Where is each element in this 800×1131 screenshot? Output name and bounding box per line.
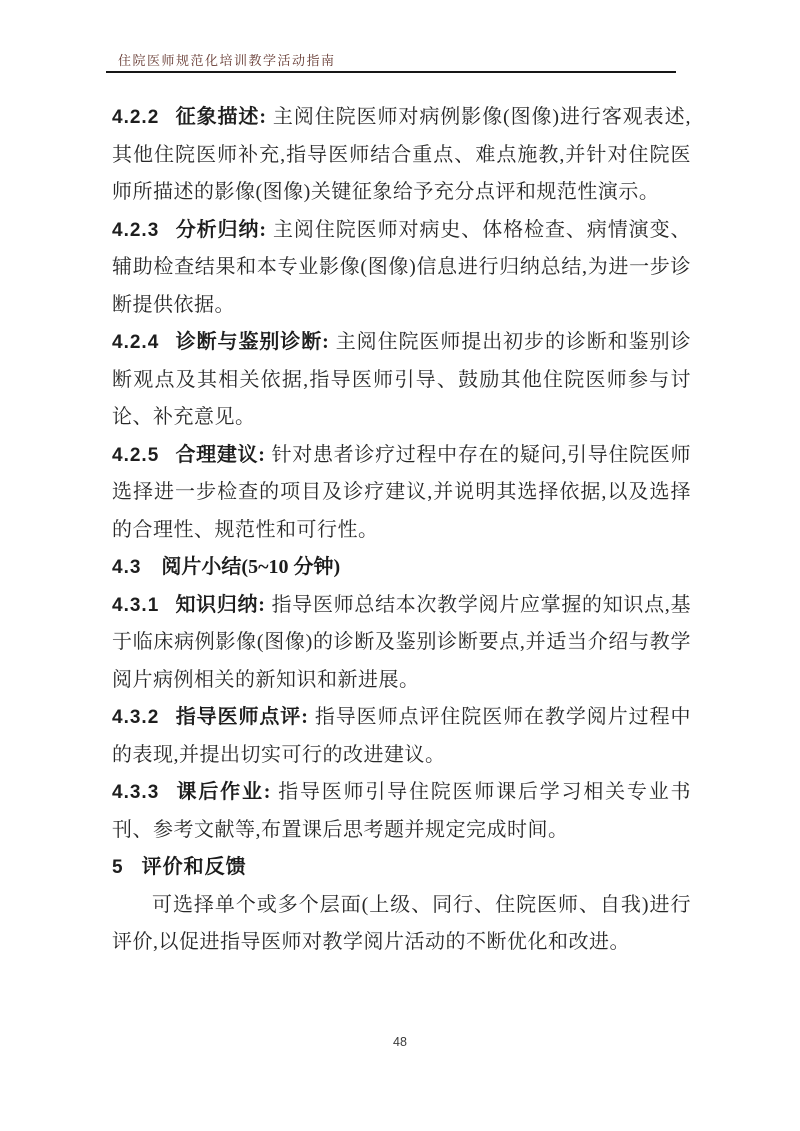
section-number: 4.3.2	[112, 707, 159, 728]
chapter-heading-5: 5评价和反馈	[112, 849, 691, 887]
section-number: 4.2.4	[112, 332, 159, 353]
body-paragraph: 可选择单个或多个层面(上级、同行、住院医师、自我)进行评价,以促进指导医师对教学…	[112, 887, 691, 962]
section-heading-4-3: 4.3阅片小结(5~10 分钟)	[112, 549, 691, 587]
header-rule	[106, 71, 676, 73]
section-paragraph-4-3-3: 4.3.3课后作业:指导医师引导住院医师课后学习相关专业书刊、参考文献等,布置课…	[112, 774, 691, 849]
section-paragraph-4-3-2: 4.3.2指导医师点评:指导医师点评住院医师在教学阅片过程中的表现,并提出切实可…	[112, 699, 691, 774]
section-label: 知识归纳:	[175, 594, 265, 616]
section-label: 分析归纳:	[175, 219, 266, 241]
section-number: 4.3.3	[112, 782, 159, 803]
chapter-number: 5	[112, 857, 124, 878]
page-number: 48	[0, 1035, 800, 1049]
section-number: 4.3.1	[112, 595, 159, 616]
section-paragraph-4-2-4: 4.2.4诊断与鉴别诊断:主阅住院医师提出初步的诊断和鉴别诊断观点及其相关依据,…	[112, 324, 691, 437]
section-label: 课后作业:	[175, 781, 271, 803]
section-label: 合理建议:	[175, 444, 265, 466]
section-number: 4.2.2	[112, 107, 159, 128]
section-label: 征象描述:	[175, 106, 266, 128]
page-content: 4.2.2征象描述:主阅住院医师对病例影像(图像)进行客观表述,其他住院医师补充…	[112, 99, 691, 962]
section-label: 指导医师点评:	[175, 706, 308, 728]
section-paragraph-4-2-2: 4.2.2征象描述:主阅住院医师对病例影像(图像)进行客观表述,其他住院医师补充…	[112, 99, 691, 212]
section-paragraph-4-2-3: 4.2.3分析归纳:主阅住院医师对病史、体格检查、病情演变、辅助检查结果和本专业…	[112, 212, 691, 325]
section-number: 4.2.5	[112, 445, 159, 466]
section-label: 诊断与鉴别诊断:	[175, 331, 329, 353]
body-paragraph-text: 可选择单个或多个层面(上级、同行、住院医师、自我)进行评价,以促进指导医师对教学…	[112, 894, 691, 954]
section-number: 4.3	[112, 557, 141, 578]
section-paragraph-4-2-5: 4.2.5合理建议:针对患者诊疗过程中存在的疑问,引导住院医师选择进一步检查的项…	[112, 437, 691, 550]
chapter-heading-text: 评价和反馈	[142, 856, 247, 878]
running-header-title: 住院医师规范化培训教学活动指南	[118, 50, 336, 69]
section-paragraph-4-3-1: 4.3.1知识归纳:指导医师总结本次教学阅片应掌握的知识点,基于临床病例影像(图…	[112, 587, 691, 700]
section-number: 4.2.3	[112, 220, 159, 241]
document-page: 住院医师规范化培训教学活动指南 4.2.2征象描述:主阅住院医师对病例影像(图像…	[0, 0, 800, 1131]
section-heading-text: 阅片小结(5~10 分钟)	[161, 556, 340, 578]
